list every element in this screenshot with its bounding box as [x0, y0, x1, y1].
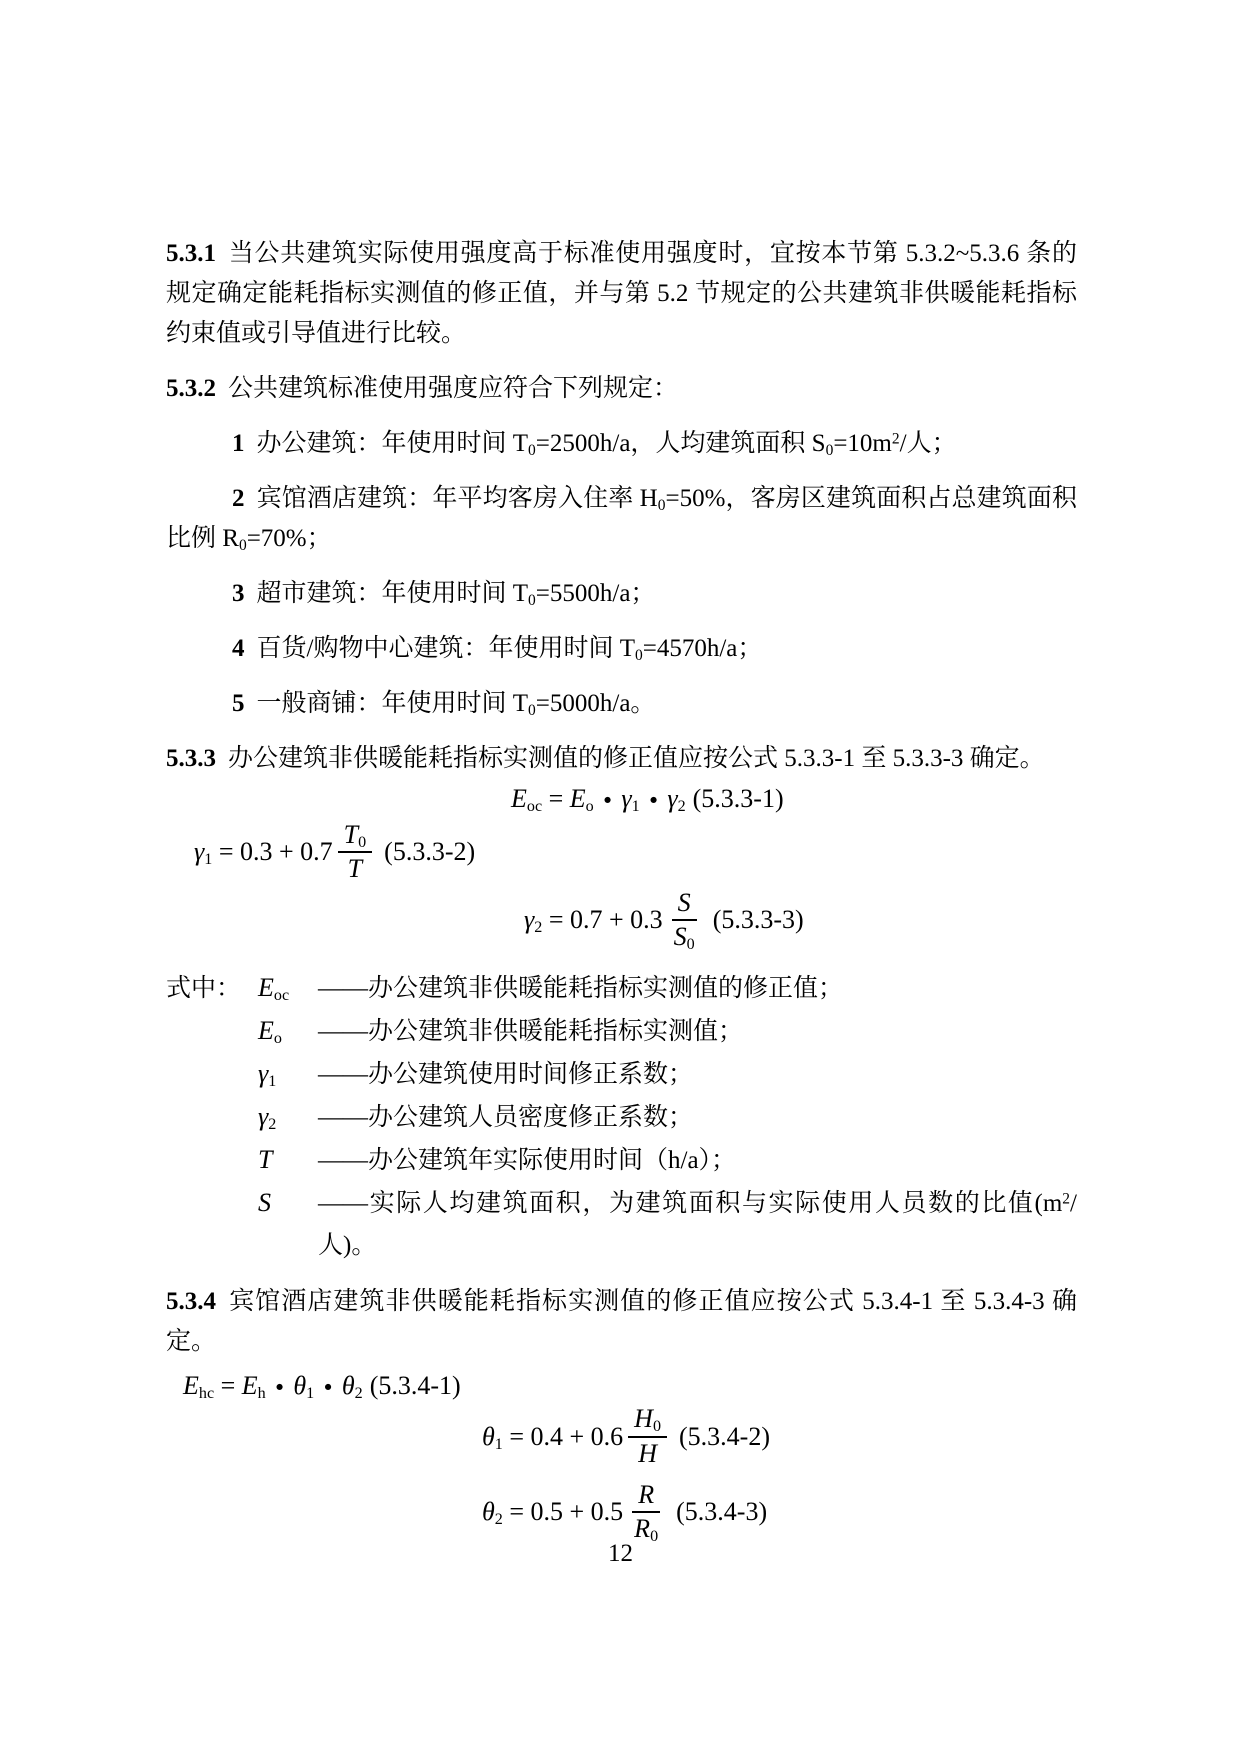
formula-5.3.3-2-label: (5.3.3-2) — [384, 836, 475, 869]
fraction: T0 T — [338, 821, 373, 884]
where-clause: 式中： Eoc ——办公建筑非供暖能耗指标实测值的修正值； Eo ——办公建筑非… — [166, 967, 1077, 1267]
formula-5.3.4-2-label: (5.3.4-2) — [679, 1421, 770, 1454]
where-symbol: γ1 — [258, 1053, 318, 1095]
list-item-3-text: 超市建筑：年使用时间 T0=5500h/a； — [257, 580, 656, 607]
list-item-2: 2宾馆酒店建筑：年平均客房入住率 H0=50%，客房区建筑面积占总建筑面积比例 … — [166, 479, 1077, 559]
list-item-2-text: 宾馆酒店建筑：年平均客房入住率 H0=50%，客房区建筑面积占总建筑面积比例 R… — [166, 485, 1077, 552]
fraction: H0 H — [628, 1405, 667, 1468]
where-row: 式中： Eoc ——办公建筑非供暖能耗指标实测值的修正值； — [166, 967, 1077, 1010]
where-symbol: T — [258, 1139, 318, 1181]
formula-5.3.3-1: Eoc = Eo ● γ1 ● γ2 (5.3.3-1) — [511, 783, 1077, 816]
formula-5.3.4-2: θ1 = 0.4 + 0.6 H0 H (5.3.4-2) — [482, 1405, 1077, 1468]
fraction-numerator: R — [632, 1481, 660, 1514]
formula-5.3.4-3-lhs: θ2 = 0.5 + 0.5 — [482, 1496, 623, 1529]
where-text: ——办公建筑非供暖能耗指标实测值； — [318, 1011, 1077, 1053]
formula-5.3.3-3-label: (5.3.3-3) — [713, 904, 804, 937]
list-item-1-text: 办公建筑：年使用时间 T0=2500h/a，人均建筑面积 S0=10m2/人； — [257, 430, 957, 457]
section-5.3.2: 5.3.2公共建筑标准使用强度应符合下列规定： — [166, 369, 1077, 409]
where-symbol: Eoc — [258, 967, 318, 1009]
formula-5.3.3-1-label: (5.3.3-1) — [693, 783, 784, 816]
section-5.3.4: 5.3.4宾馆酒店建筑非供暖能耗指标实测值的修正值应按公式 5.3.4-1 至 … — [166, 1282, 1077, 1362]
list-item-4: 4百货/购物中心建筑：年使用时间 T0=4570h/a； — [166, 629, 1077, 669]
page-number: 12 — [0, 1540, 1241, 1568]
where-row: S ——实际人均建筑面积，为建筑面积与实际使用人员数的比值(m2/人)。 — [166, 1182, 1077, 1267]
formula-5.3.4-3: θ2 = 0.5 + 0.5 R R0 (5.3.4-3) — [482, 1481, 1077, 1544]
section-5.3.3-number: 5.3.3 — [166, 745, 216, 772]
list-item-5-number: 5 — [232, 690, 245, 717]
formula-5.3.3-3: γ2 = 0.7 + 0.3 S S0 (5.3.3-3) — [524, 889, 1077, 952]
fraction: S S0 — [668, 889, 701, 952]
document-page: 5.3.1当公共建筑实际使用强度高于标准使用强度时，宜按本节第 5.3.2~5.… — [0, 0, 1241, 1754]
where-text: ——办公建筑使用时间修正系数； — [318, 1054, 1077, 1096]
list-item-3-number: 3 — [232, 580, 245, 607]
section-5.3.1: 5.3.1当公共建筑实际使用强度高于标准使用强度时，宜按本节第 5.3.2~5.… — [166, 234, 1077, 354]
where-row: γ2 ——办公建筑人员密度修正系数； — [166, 1096, 1077, 1139]
fraction-numerator: H0 — [628, 1405, 667, 1438]
where-text: ——办公建筑年实际使用时间（h/a）； — [318, 1140, 1077, 1182]
list-item-5: 5一般商铺：年使用时间 T0=5000h/a。 — [166, 684, 1077, 724]
list-item-1: 1办公建筑：年使用时间 T0=2500h/a，人均建筑面积 S0=10m2/人； — [166, 424, 1077, 464]
where-symbol: Eo — [258, 1010, 318, 1052]
page-content: 5.3.1当公共建筑实际使用强度高于标准使用强度时，宜按本节第 5.3.2~5.… — [166, 234, 1077, 1544]
list-item-3: 3超市建筑：年使用时间 T0=5500h/a； — [166, 574, 1077, 614]
fraction-denominator: H — [632, 1438, 663, 1469]
list-item-5-text: 一般商铺：年使用时间 T0=5000h/a。 — [257, 690, 656, 717]
fraction-numerator: S — [672, 889, 697, 922]
where-symbol: γ2 — [258, 1096, 318, 1138]
formula-5.3.3-2-lhs: γ1 = 0.3 + 0.7 — [194, 836, 333, 869]
formula-5.3.4-3-label: (5.3.4-3) — [676, 1496, 767, 1529]
section-5.3.4-number: 5.3.4 — [166, 1288, 216, 1315]
where-text: ——办公建筑人员密度修正系数； — [318, 1097, 1077, 1139]
section-5.3.4-text: 宾馆酒店建筑非供暖能耗指标实测值的修正值应按公式 5.3.4-1 至 5.3.4… — [166, 1288, 1077, 1355]
list-item-4-text: 百货/购物中心建筑：年使用时间 T0=4570h/a； — [257, 635, 763, 662]
formula-5.3.4-1: Ehc = Eh ● θ1 ● θ2 (5.3.4-1) — [183, 1370, 1077, 1403]
where-text: ——办公建筑非供暖能耗指标实测值的修正值； — [318, 968, 1077, 1010]
where-symbol: S — [258, 1182, 318, 1224]
section-5.3.3: 5.3.3办公建筑非供暖能耗指标实测值的修正值应按公式 5.3.3-1 至 5.… — [166, 739, 1077, 779]
list-item-2-number: 2 — [232, 485, 245, 512]
fraction-numerator: T0 — [338, 821, 373, 854]
fraction: R R0 — [628, 1481, 664, 1544]
where-row: T ——办公建筑年实际使用时间（h/a）； — [166, 1139, 1077, 1182]
formula-5.3.3-1-body: Eoc = Eo ● γ1 ● γ2 — [511, 783, 686, 816]
where-row: Eo ——办公建筑非供暖能耗指标实测值； — [166, 1010, 1077, 1053]
list-item-1-number: 1 — [232, 430, 245, 457]
section-5.3.1-text: 当公共建筑实际使用强度高于标准使用强度时，宜按本节第 5.3.2~5.3.6 条… — [166, 240, 1077, 347]
formula-5.3.3-2: γ1 = 0.3 + 0.7 T0 T (5.3.3-2) — [194, 821, 1077, 884]
formula-5.3.3-3-lhs: γ2 = 0.7 + 0.3 — [524, 904, 663, 937]
where-row: γ1 ——办公建筑使用时间修正系数； — [166, 1053, 1077, 1096]
where-prefix: 式中： — [166, 968, 258, 1010]
formula-5.3.4-1-body: Ehc = Eh ● θ1 ● θ2 — [183, 1370, 363, 1403]
section-5.3.2-number: 5.3.2 — [166, 375, 216, 402]
formula-5.3.4-2-lhs: θ1 = 0.4 + 0.6 — [482, 1421, 623, 1454]
section-5.3.2-text: 公共建筑标准使用强度应符合下列规定： — [228, 375, 678, 402]
list-item-4-number: 4 — [232, 635, 245, 662]
formula-5.3.4-1-label: (5.3.4-1) — [370, 1370, 461, 1403]
fraction-denominator: T — [342, 853, 368, 884]
where-text: ——实际人均建筑面积，为建筑面积与实际使用人员数的比值(m2/人)。 — [318, 1183, 1077, 1267]
section-5.3.3-text: 办公建筑非供暖能耗指标实测值的修正值应按公式 5.3.3-1 至 5.3.3-3… — [228, 745, 1045, 772]
fraction-denominator: S0 — [668, 921, 701, 952]
section-5.3.1-number: 5.3.1 — [166, 240, 216, 267]
